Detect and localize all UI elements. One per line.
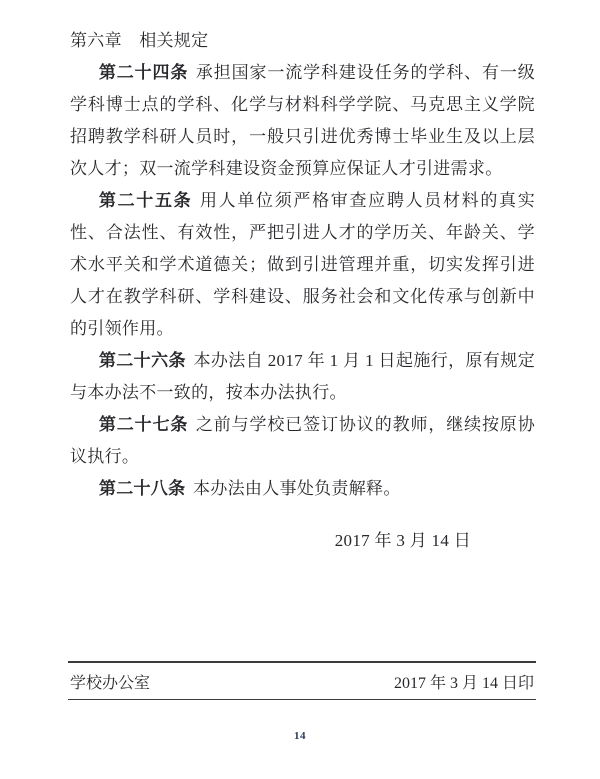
footer-row: 学校办公室 2017 年 3 月 14 日印	[68, 663, 536, 699]
article-28-text: 本办法由人事处负责解释。	[193, 479, 401, 498]
page-number: 14	[0, 730, 600, 742]
article-26-label: 第二十六条	[99, 351, 186, 370]
article-25-text: 用人单位须严格审查应聘人员材料的真实性、合法性、有效性，严把引进人才的学历关、年…	[70, 191, 535, 338]
article-25-label: 第二十五条	[99, 191, 192, 210]
document-date: 2017 年 3 月 14 日	[70, 525, 535, 557]
footer-office: 学校办公室	[70, 670, 150, 693]
document-page: 第六章 相关规定 第二十四条承担国家一流学科建设任务的学科、有一级学科博士点的学…	[0, 0, 600, 779]
article-24: 第二十四条承担国家一流学科建设任务的学科、有一级学科博士点的学科、化学与材料科学…	[70, 57, 535, 185]
article-28: 第二十八条本办法由人事处负责解释。	[70, 473, 535, 505]
page-footer: 学校办公室 2017 年 3 月 14 日印	[68, 661, 536, 700]
document-body: 第六章 相关规定 第二十四条承担国家一流学科建设任务的学科、有一级学科博士点的学…	[70, 25, 535, 557]
article-24-label: 第二十四条	[99, 63, 188, 82]
footer-print-date: 2017 年 3 月 14 日印	[394, 670, 534, 693]
article-25: 第二十五条用人单位须严格审查应聘人员材料的真实性、合法性、有效性，严把引进人才的…	[70, 185, 535, 345]
article-27-label: 第二十七条	[99, 415, 188, 434]
article-26: 第二十六条本办法自 2017 年 1 月 1 日起施行，原有规定与本办法不一致的…	[70, 345, 535, 409]
article-27: 第二十七条之前与学校已签订协议的教师，继续按原协议执行。	[70, 409, 535, 473]
article-28-label: 第二十八条	[99, 479, 186, 498]
chapter-heading: 第六章 相关规定	[70, 25, 535, 57]
